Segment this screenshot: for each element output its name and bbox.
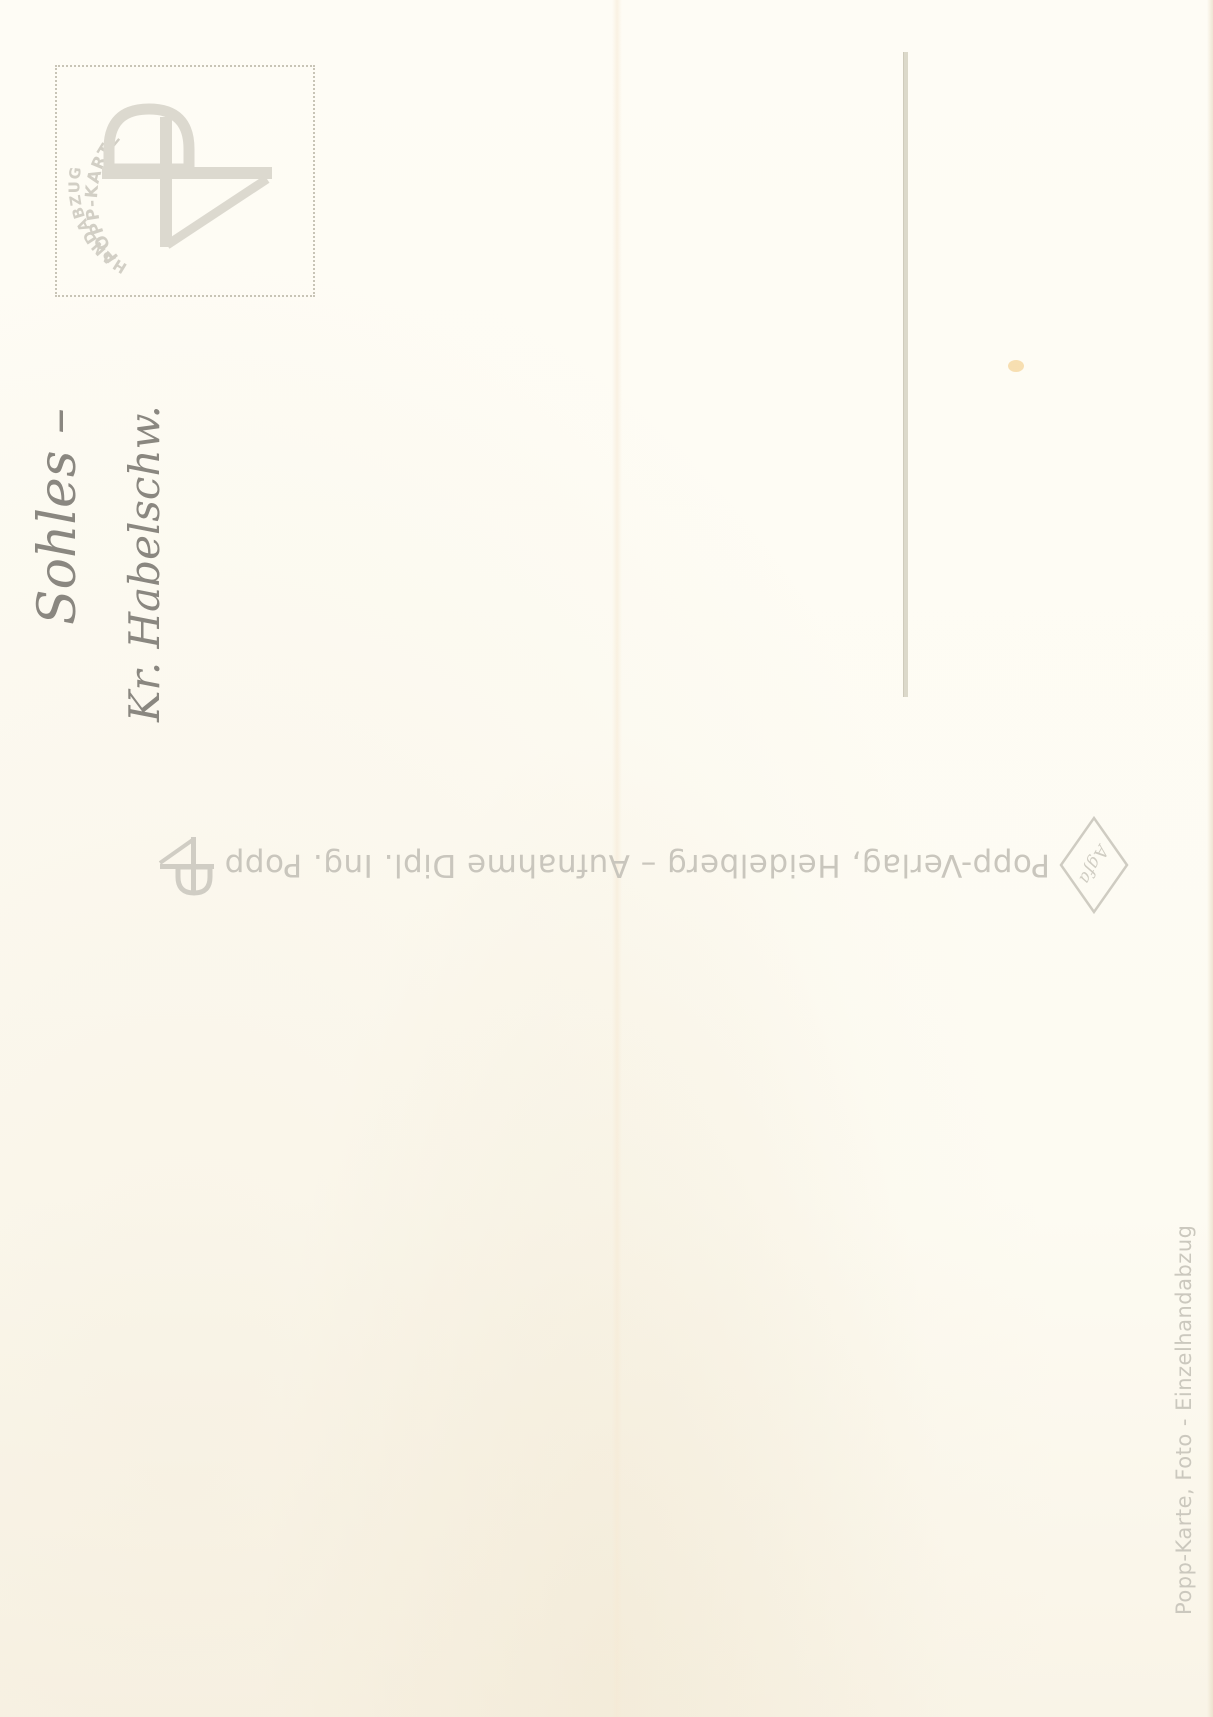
handwritten-place-name: Sohles –: [28, 408, 88, 625]
publisher-imprint: Agfa Popp-Verlag, Heidelberg – Aufnahme …: [70, 835, 1130, 895]
stain-spot: [1008, 360, 1024, 372]
vertical-imprint: Popp-Karte, Foto - Einzelhandabzug: [1172, 1225, 1196, 1615]
handwritten-district: Kr. Habelschw.: [120, 405, 169, 722]
agfa-diamond-icon: Agfa: [1058, 815, 1130, 915]
card-edge-shadow: [1207, 0, 1213, 1717]
address-divider-line: [903, 52, 908, 697]
stamp-box: POPP-KARTE HANDABZUG: [55, 65, 315, 297]
popp-ap-monogram-icon: POPP-KARTE HANDABZUG: [57, 67, 313, 295]
postcard-back: POPP-KARTE HANDABZUG Sohles – Kr. Habels…: [0, 0, 1213, 1717]
agfa-text: Agfa: [1074, 840, 1113, 888]
popp-logo-small-icon: [156, 833, 218, 897]
imprint-text: Popp-Verlag, Heidelberg – Aufnahme Dipl.…: [224, 847, 1050, 883]
